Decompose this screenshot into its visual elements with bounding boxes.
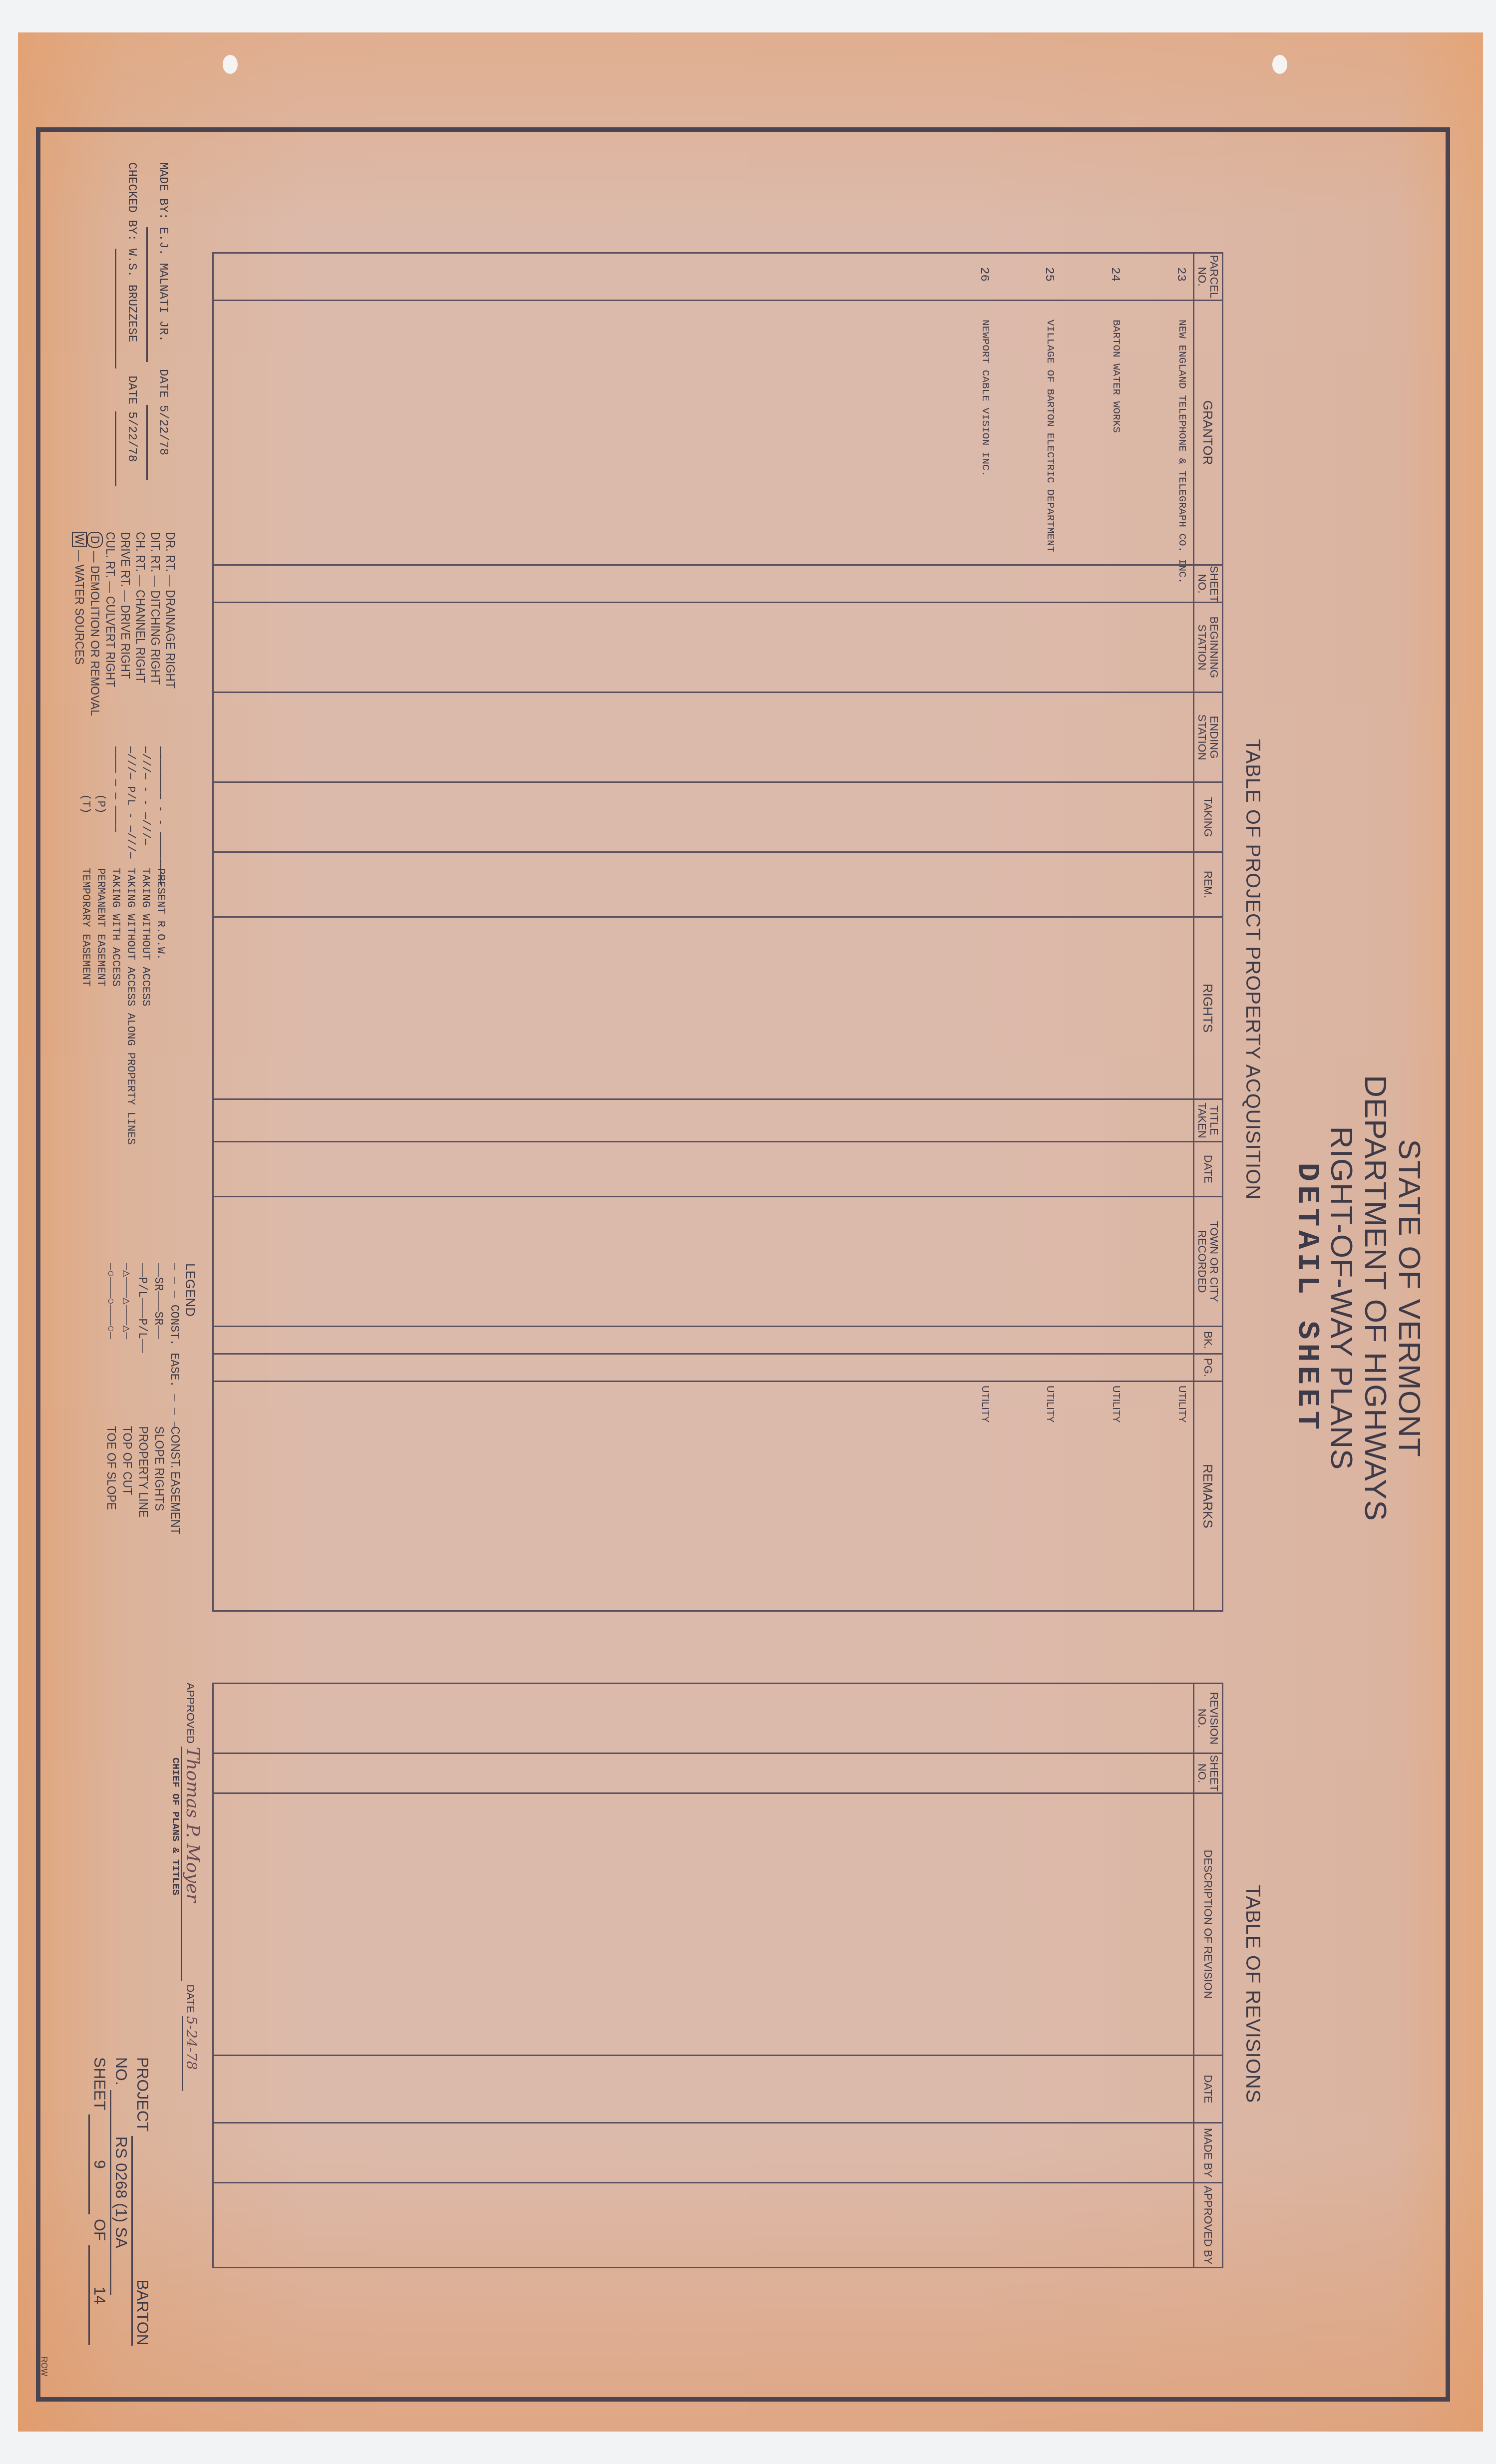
drawing-sheet: STATE OF VERMONT DEPARTMENT OF HIGHWAYS …: [0, 0, 1496, 2464]
signoff-block: MADE BY: E.J. MALNATI JR. DATE 5/22/78 C…: [115, 162, 178, 486]
made-by-line: MADE BY: E.J. MALNATI JR. DATE 5/22/78: [146, 162, 178, 486]
approval-signature: Thomas P. Moyer: [181, 1747, 203, 1981]
col-header: REMARKS: [1194, 1382, 1223, 1611]
punch-hole: [223, 55, 238, 74]
col-header: PG.: [1194, 1354, 1223, 1382]
made-by-value: E.J. MALNATI JR.: [146, 227, 178, 362]
legend-item: —○———○———○— TOE OF SLOPE: [103, 1263, 119, 1535]
approver-title: CHIEF OF PLANS & TITLES: [169, 1683, 181, 2091]
parcel-no: 24: [1108, 267, 1122, 282]
legend-item: D — DEMOLITION OR REMOVAL: [87, 532, 103, 716]
legend-item: (P) PERMANENT EASEMENT: [93, 746, 108, 1145]
checked-date-value: 5/22/78: [115, 411, 146, 486]
col-header: PARCEL NO.: [1194, 253, 1223, 301]
sheet-label: SHEET: [91, 2057, 109, 2110]
abbreviation-legend: DR. RT. — DRAINAGE RIGHT DIT. RT. — DITC…: [72, 532, 178, 716]
table-body: [213, 1684, 1194, 2268]
col-header: ENDING STATION: [1194, 693, 1223, 782]
legend-item: ———— — — ———— TAKING WITH ACCESS: [108, 746, 123, 1145]
col-header: RIGHTS: [1194, 917, 1223, 1099]
sheet-value: 9: [88, 2114, 110, 2214]
punch-hole: [1272, 55, 1287, 74]
made-date-label: DATE: [156, 369, 170, 398]
title-block: STATE OF VERMONT DEPARTMENT OF HIGHWAYS …: [1290, 949, 1426, 1648]
title-plans: RIGHT-OF-WAY PLANS: [1324, 949, 1358, 1648]
parcel-no: 23: [1174, 267, 1187, 282]
project-line: PROJECT BARTON: [131, 2057, 153, 2346]
parcel-no: 26: [977, 267, 991, 282]
acquisition-table-title: TABLE OF PROJECT PROPERTY ACQUISITION: [1241, 739, 1264, 1200]
col-header: TOWN OR CITY RECORDED: [1194, 1197, 1223, 1327]
grantor: NEWPORT CABLE VISION INC.: [979, 320, 991, 477]
legend-item: ——SR———SR—— SLOPE RIGHTS: [151, 1263, 167, 1535]
hexagon-icon: D: [87, 532, 103, 548]
col-header: REVISION NO.: [1194, 1684, 1223, 1754]
legend-item: ——P/L———P/L—— PROPERTY LINE: [135, 1263, 151, 1535]
col-header: BEGINNING STATION: [1194, 603, 1223, 693]
table-header-row: REVISION NO. SHEET NO. DESCRIPTION OF RE…: [1194, 1684, 1223, 2268]
square-icon: W: [72, 532, 87, 547]
parcel-no: 25: [1042, 267, 1056, 282]
remarks: UTILITY: [1176, 1386, 1187, 1422]
project-no-value: RS 0268 (1) SA: [110, 2090, 131, 2295]
legend-item: DIT. RT. — DITCHING RIGHT: [148, 532, 163, 716]
checked-by-value: W.S. BRUZZESE: [115, 249, 146, 368]
grantor: NEW ENGLAND TELEPHONE & TELEGRAPH CO. IN…: [1176, 320, 1187, 584]
grantor: VILLAGE OF BARTON ELECTRIC DEPARTMENT: [1044, 320, 1056, 552]
made-by-label: MADE BY:: [156, 162, 170, 220]
approval-date-label: DATE: [184, 1985, 197, 2013]
legend-item: (T) TEMPORARY EASEMENT: [78, 746, 93, 1145]
col-header: DATE: [1194, 1142, 1223, 1197]
sheet-line: SHEET 9 OF 14: [88, 2057, 110, 2346]
legend-item: CH. RT. — CHANNEL RIGHT: [133, 532, 148, 716]
col-header: TITLE TAKEN: [1194, 1099, 1223, 1142]
corner-mark: ROW: [39, 2357, 48, 2376]
col-header: SHEET NO.: [1194, 565, 1223, 603]
project-value: BARTON: [131, 2136, 153, 2346]
remarks: UTILITY: [1044, 1386, 1056, 1422]
legend-title: LEGEND: [183, 1263, 198, 1535]
approval-block: APPROVED Thomas P. Moyer DATE 5-24-78 CH…: [169, 1683, 203, 2091]
legend-item: DR. RT. — DRAINAGE RIGHT: [163, 532, 178, 716]
of-label: OF: [91, 2219, 109, 2241]
col-header: TAKING: [1194, 782, 1223, 852]
col-header: DESCRIPTION OF REVISION: [1194, 1793, 1223, 2056]
legend-item: — — — CONST. EASE. — — — CONST. EASEMENT: [167, 1263, 183, 1535]
col-header: APPROVED BY: [1194, 2183, 1223, 2268]
project-label: PROJECT: [134, 2057, 152, 2131]
col-header: DATE: [1194, 2056, 1223, 2123]
project-block: PROJECT BARTON NO. RS 0268 (1) SA SHEET …: [88, 2057, 153, 2346]
revisions-table: REVISION NO. SHEET NO. DESCRIPTION OF RE…: [212, 1683, 1223, 2268]
checked-by-line: CHECKED BY: W.S. BRUZZESE DATE 5/22/78: [115, 162, 146, 486]
col-header: SHEET NO.: [1194, 1754, 1223, 1793]
title-department: DEPARTMENT OF HIGHWAYS: [1358, 949, 1392, 1648]
approval-date: 5-24-78: [182, 2016, 200, 2091]
col-header: MADE BY: [1194, 2123, 1223, 2183]
project-no-line: NO. RS 0268 (1) SA: [110, 2057, 131, 2346]
legend-item: —△———△———△— TOP OF CUT: [119, 1263, 135, 1535]
legend-item: —///— P/L - —///— TAKING WITHOUT ACCESS …: [123, 746, 138, 1145]
legend-item: —///— - - —///— TAKING WITHOUT ACCESS: [138, 746, 153, 1145]
grantor: BARTON WATER WORKS: [1110, 320, 1122, 433]
legend-item: CUL. RT. — CULVERT RIGHT: [103, 532, 118, 716]
table-header-row: PARCEL NO. GRANTOR SHEET NO. BEGINNING S…: [1194, 253, 1223, 1611]
project-no-label: NO.: [112, 2057, 130, 2086]
approved-label: APPROVED: [184, 1683, 197, 1744]
col-header: REM.: [1194, 852, 1223, 917]
title-state: STATE OF VERMONT: [1392, 949, 1426, 1648]
made-date-value: 5/22/78: [146, 405, 178, 480]
sheet-total: 14: [88, 2245, 110, 2345]
col-header: BK.: [1194, 1327, 1223, 1354]
acquisition-table: PARCEL NO. GRANTOR SHEET NO. BEGINNING S…: [212, 252, 1223, 1612]
legend-item: ———————— - - ———————— PRESENT R.O.W.: [153, 746, 168, 1145]
legend-item: DRIVE RT. — DRIVE RIGHT: [118, 532, 133, 716]
remarks: UTILITY: [1110, 1386, 1122, 1422]
checked-by-label: CHECKED BY:: [125, 162, 138, 241]
col-header: GRANTOR: [1194, 301, 1223, 565]
title-detail-sheet: DETAIL SHEET: [1290, 949, 1324, 1648]
revisions-table-title: TABLE OF REVISIONS: [1241, 1885, 1264, 2103]
remarks: UTILITY: [979, 1386, 991, 1422]
checked-date-label: DATE: [125, 375, 138, 404]
line-legend: ———————— - - ———————— PRESENT R.O.W. —//…: [78, 746, 168, 1145]
legend: LEGEND — — — CONST. EASE. — — — CONST. E…: [103, 1263, 198, 1535]
legend-item: W — WATER SOURCES: [72, 532, 87, 716]
